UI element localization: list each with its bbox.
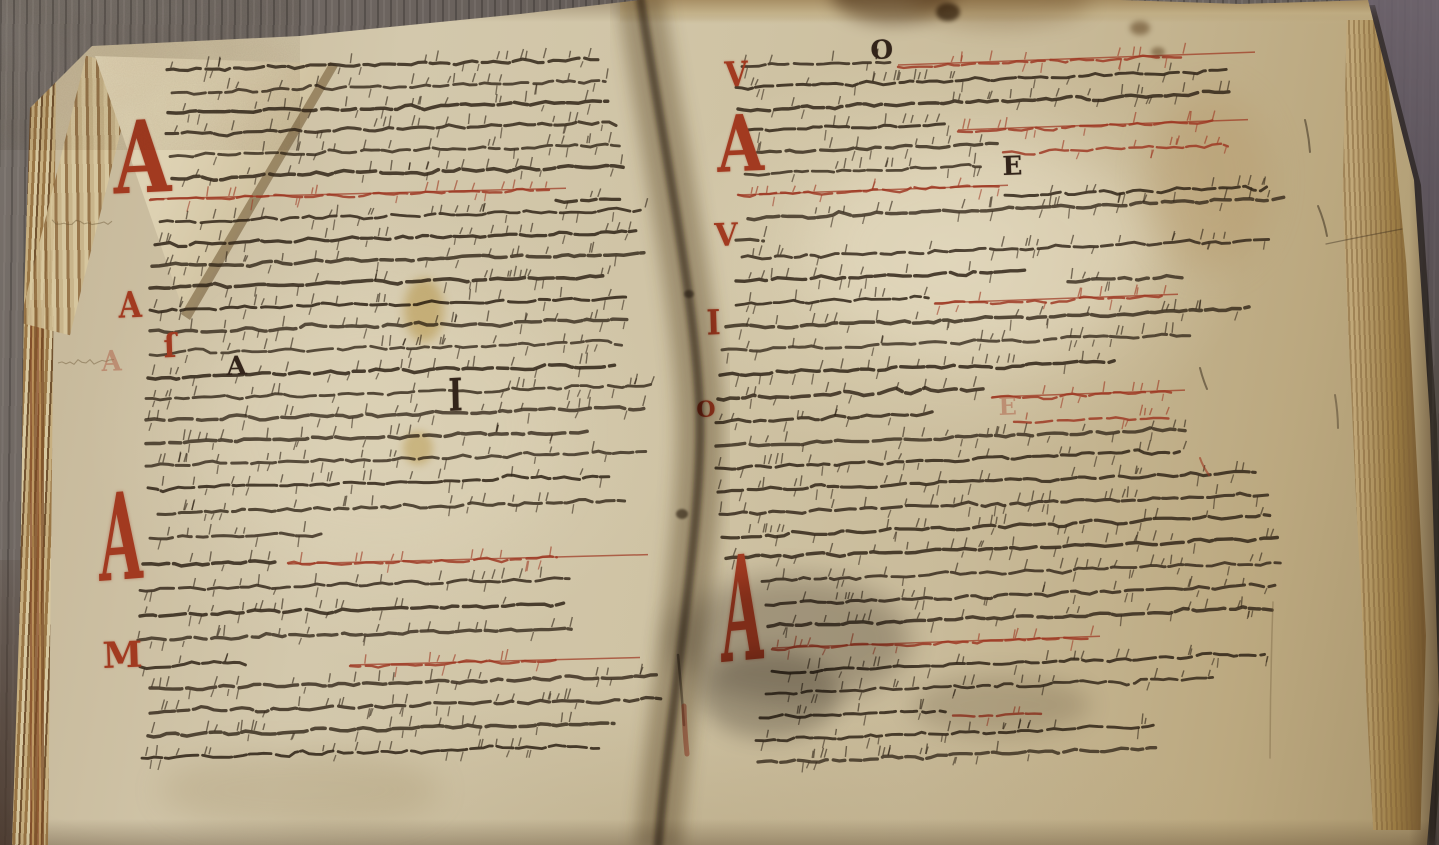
left-leaf-stack-inner: [30, 300, 44, 845]
open-book: AAſAAMAIOVAVIOEEA: [0, 0, 1439, 845]
top-page-edges: [620, 0, 1378, 24]
manuscript-photo: AAſAAMAIOVAVIOEEA: [0, 0, 1439, 845]
